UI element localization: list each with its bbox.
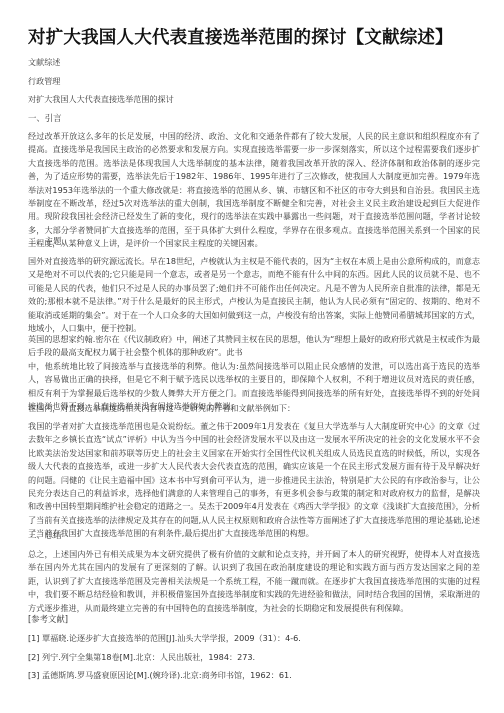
document-subject: 行政管理 xyxy=(28,75,480,87)
body-paragraph-domestic-intro: 在国内，对直接选举制度的相关内容有过一定研究的作者和文献举例如下： xyxy=(28,402,480,415)
body-paragraph-rousseau: 国外对直接选举的研究源远流长。早在18世纪，卢梭就认为主权是不能代表的，因为“主… xyxy=(28,255,480,335)
document-subtitle: 对扩大我国人大代表直接选举范围的探讨 xyxy=(28,93,480,105)
section-heading-intro: 一、引言 xyxy=(28,112,480,124)
summary-paragraph: 总之，上述国内外已有相关成果为本文研究提供了极有价值的文献和论点支持，并开阔了本… xyxy=(28,548,480,615)
document-category: 文献综述 xyxy=(28,56,480,68)
body-paragraph-domestic-scholars: 我国的学者对扩大直接选举范围也是众说纷纭。董之伟于2009年1月发表在《复旦大学… xyxy=(28,420,480,541)
section-heading-summary: 三、总结 xyxy=(28,529,480,541)
references-heading: [参考文献] xyxy=(28,613,480,625)
intro-paragraph: 经过改革开放这么多年的长足发展，中国的经济、政治、文化和交通条件都有了较大发展，… xyxy=(28,130,480,251)
section-heading-body: 二、主题 xyxy=(28,235,480,247)
body-paragraph-mill: 英国的思想家约翰.密尔在《代议制政府》中，阐述了其赞同主权在民的思想，他认为“理… xyxy=(28,333,480,360)
reference-item: [3] 孟德斯鸠.罗马盛衰原因论[M].(婉玲译).北京:商务印书馆，1962：… xyxy=(28,669,480,681)
document-title: 对扩大我国人大代表直接选举范围的探讨【文献综述】 xyxy=(28,24,453,49)
reference-item: [1] 覃福晓.论逐步扩大直接选举的范围[J].汕头大学学报，2009（31）：… xyxy=(28,632,480,644)
reference-item: [2] 列宁.列宁全集第18卷[M].北京：人民出版社，1984：273. xyxy=(28,651,480,663)
